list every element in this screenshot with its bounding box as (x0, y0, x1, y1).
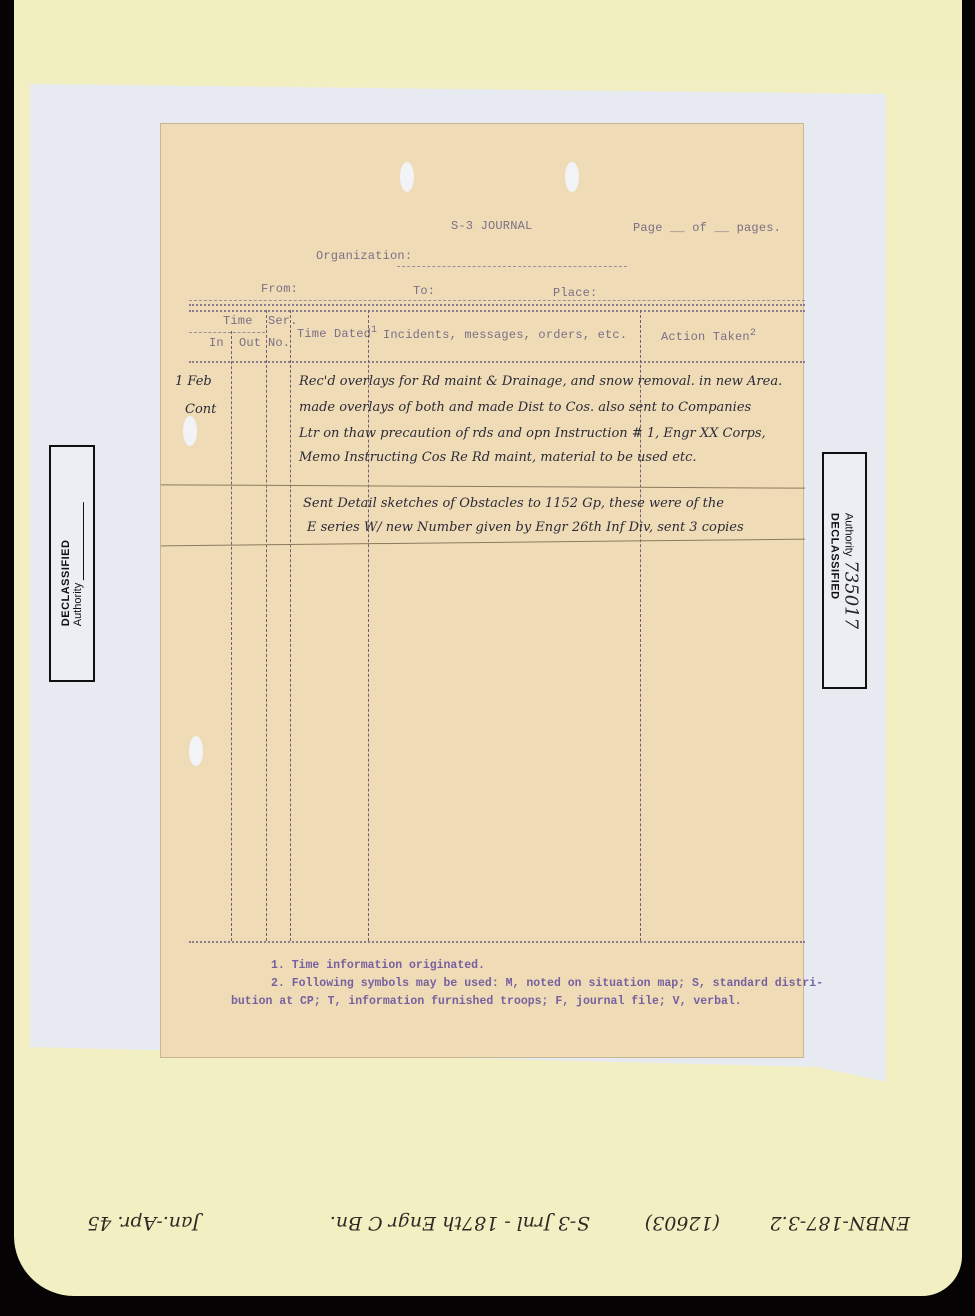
folder-period: Jan.-Apr. 45 (87, 1212, 200, 1234)
col-time-dated-label: Time Dated (297, 327, 371, 341)
footnote-2-cont: bution at CP; T, information furnished t… (231, 995, 742, 1008)
col-time-in: In (209, 336, 224, 350)
folder-record-id: ENBN-187-3.2 (770, 1212, 910, 1234)
s3-journal-page: S-3 JOURNAL Page __ of __ pages. Organiz… (160, 123, 804, 1058)
stamp-authority-label: Authority (72, 582, 84, 625)
stamp-authority-label: Authority (842, 512, 854, 555)
entry-line: Rec'd overlays for Rd maint & Drainage, … (299, 374, 782, 389)
entry-date-cont: Cont (185, 402, 216, 417)
stamp-authority: Authority735017 (840, 512, 861, 628)
col-ser-no: No. (268, 336, 290, 350)
footnote-1: 1. Time information originated. (271, 959, 485, 972)
declassified-stamp-right: Authority735017 DECLASSIFIED (822, 452, 867, 689)
from-to-place-line (189, 300, 805, 301)
place-label: Place: (553, 286, 597, 300)
stamp-authority-line (74, 501, 84, 579)
entry-line: made overlays of both and made Dist to C… (299, 400, 751, 415)
folder-top-flap (14, 0, 962, 82)
pencil-divider (161, 539, 805, 547)
pencil-divider (161, 484, 805, 488)
to-label: To: (413, 284, 435, 298)
entry-line: E series W/ new Number given by Engr 26t… (307, 520, 744, 535)
col-ser: Ser. (268, 314, 298, 328)
entry-date: 1 Feb (175, 374, 212, 389)
col-incidents: Incidents, messages, orders, etc. (383, 328, 627, 342)
entry-line: Memo Instructing Cos Re Rd maint, materi… (299, 450, 697, 465)
footnote-ref: 1 (371, 325, 377, 336)
punch-hole (189, 736, 203, 766)
stamp-authority-signature: 735017 (840, 560, 861, 629)
organization-field-line (397, 266, 627, 267)
col-time: Time (223, 314, 253, 328)
col-divider (266, 310, 267, 941)
journal-title: S-3 JOURNAL (451, 219, 532, 233)
organization-label: Organization: (316, 249, 412, 263)
folder-description: S-3 Jrnl - 187th Engr C Bn. (330, 1212, 590, 1234)
col-time-out: Out (239, 336, 261, 350)
punch-hole (565, 162, 579, 192)
declassified-stamp-left: DECLASSIFIED Authority (49, 445, 95, 682)
footnote-ref: 2 (750, 328, 756, 339)
entry-line: Ltr on thaw precaution of rds and opn In… (299, 426, 766, 441)
punch-hole (183, 416, 197, 446)
col-divider (231, 331, 232, 941)
table-bottom-border (189, 941, 805, 943)
table-top-border (189, 304, 805, 306)
col-divider (290, 310, 291, 941)
stamp-authority: Authority (72, 501, 84, 625)
col-action-taken: Action Taken2 (661, 328, 756, 344)
punch-hole (400, 162, 414, 192)
table-top-border (189, 310, 805, 312)
stamp-title: DECLASSIFIED (60, 539, 72, 626)
table-header-bottom (189, 361, 805, 363)
col-action-taken-label: Action Taken (661, 330, 750, 344)
col-time-dated: Time Dated1 (297, 325, 377, 341)
stamp-title: DECLASSIFIED (828, 512, 840, 599)
footnote-2: 2. Following symbols may be used: M, not… (271, 977, 823, 990)
time-subheader-line (189, 332, 265, 333)
from-label: From: (261, 282, 298, 296)
folder-label: ENBN-187-3.2 (12603) S-3 Jrnl - 187th En… (40, 1200, 920, 1240)
folder-date-code: (12603) (645, 1212, 720, 1234)
page-count: Page __ of __ pages. (633, 221, 781, 235)
entry-line: Sent Detail sketches of Obstacles to 115… (303, 496, 724, 511)
